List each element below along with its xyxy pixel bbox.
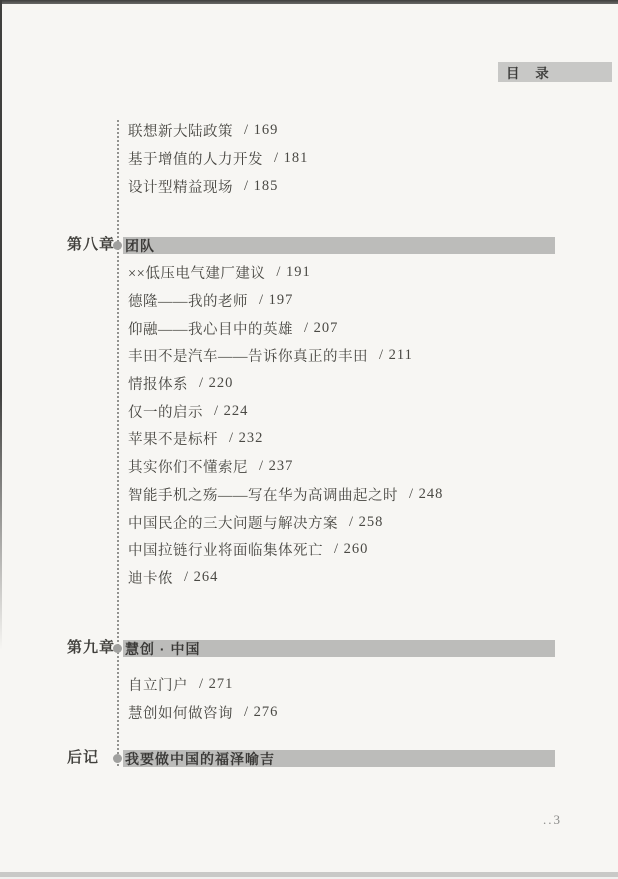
toc-entry: 迪卡侬 / 264: [128, 564, 443, 592]
toc-entry: 慧创如何做咨询 / 276: [128, 699, 278, 727]
chapter-bullet-icon: [113, 241, 122, 250]
chapter-title: 慧创 · 中国: [123, 639, 200, 659]
toc-entry: 中国拉链行业将面临集体死亡 / 260: [128, 536, 443, 564]
entry-title: 中国民企的三大问题与解决方案: [128, 512, 338, 533]
chapter-title: 团队: [123, 236, 155, 256]
entry-page: / 232: [229, 430, 263, 447]
toc-entry: 苹果不是标杆 / 232: [128, 425, 443, 453]
toc-entry: 联想新大陆政策 / 169: [128, 117, 308, 145]
toc-entry: 仅一的启示 / 224: [128, 397, 443, 425]
toc-entry: 其实你们不懂索尼 / 237: [128, 453, 443, 481]
entry-page: / 260: [334, 541, 368, 558]
entry-title: 苹果不是标杆: [128, 428, 218, 449]
entry-title: 迪卡侬: [128, 567, 173, 588]
entry-page: / 276: [244, 704, 278, 721]
entry-title: 慧创如何做咨询: [128, 702, 233, 723]
toc-entry-list-ch9: 自立门户 / 271 慧创如何做咨询 / 276: [128, 671, 278, 726]
entry-page: / 220: [199, 375, 233, 392]
chapter-label: 后记: [67, 749, 99, 767]
scan-edge-left: [0, 0, 2, 650]
entry-page: / 264: [184, 569, 218, 586]
book-toc-page: 目 录 联想新大陆政策 / 169 基于增值的人力开发 / 181 设计型精益现…: [0, 0, 618, 879]
entry-title: 中国拉链行业将面临集体死亡: [128, 539, 323, 560]
entry-title: 情报体系: [128, 373, 188, 394]
entry-title: 基于增值的人力开发: [128, 148, 263, 169]
toc-entry-list-ch8: ××低压电气建厂建议 / 191 德隆——我的老师 / 197 仰融——我心目中…: [128, 259, 443, 591]
entry-title: 联想新大陆政策: [128, 120, 233, 141]
entry-page: / 181: [274, 150, 308, 167]
toc-entry: ××低压电气建厂建议 / 191: [128, 259, 443, 287]
entry-page: / 248: [409, 486, 443, 503]
chapter-title: 我要做中国的福泽喻吉: [123, 749, 275, 769]
entry-page: / 237: [259, 458, 293, 475]
chapter-label: 第八章: [67, 236, 115, 254]
running-head-title: 目 录: [498, 62, 555, 82]
chapter-bullet-icon: [113, 754, 122, 763]
entry-page: / 169: [244, 122, 278, 139]
chapter-9-heading: 第九章 慧创 · 中国: [0, 640, 618, 657]
toc-entry: 仰融——我心目中的英雄 / 207: [128, 314, 443, 342]
entry-page: / 224: [214, 403, 248, 420]
entry-page: / 271: [199, 676, 233, 693]
toc-entry: 基于增值的人力开发 / 181: [128, 145, 308, 173]
toc-entry: 智能手机之殇——写在华为高调曲起之时 / 248: [128, 481, 443, 509]
chapter-title-bar: 团队: [123, 237, 555, 254]
entry-title: 丰田不是汽车——告诉你真正的丰田: [128, 345, 368, 366]
postscript-heading: 后记 我要做中国的福泽喻吉: [0, 750, 618, 767]
entry-title: 德隆——我的老师: [128, 290, 248, 311]
scan-edge-top: [0, 0, 618, 4]
toc-entry: 设计型精益现场 / 185: [128, 172, 308, 200]
toc-entry: 丰田不是汽车——告诉你真正的丰田 / 211: [128, 342, 443, 370]
entry-page: / 197: [259, 292, 293, 309]
toc-entry-list-top: 联想新大陆政策 / 169 基于增值的人力开发 / 181 设计型精益现场 / …: [128, 117, 308, 200]
chapter-title-bar: 我要做中国的福泽喻吉: [123, 750, 555, 767]
chapter-8-heading: 第八章 团队: [0, 237, 618, 254]
entry-title: 其实你们不懂索尼: [128, 456, 248, 477]
entry-title: 设计型精益现场: [128, 176, 233, 197]
entry-title: 自立门户: [128, 674, 188, 695]
page-number: ..3: [543, 812, 562, 828]
toc-entry: 德隆——我的老师 / 197: [128, 287, 443, 315]
toc-entry: 自立门户 / 271: [128, 671, 278, 699]
entry-title: ××低压电气建厂建议: [128, 262, 265, 283]
entry-title: 仅一的启示: [128, 401, 203, 422]
entry-title: 智能手机之殇——写在华为高调曲起之时: [128, 484, 398, 505]
entry-title: 仰融——我心目中的英雄: [128, 318, 293, 339]
entry-page: / 258: [349, 514, 383, 531]
chapter-bullet-icon: [113, 644, 122, 653]
entry-page: / 211: [379, 347, 413, 364]
entry-page: / 191: [276, 264, 310, 281]
chapter-title-bar: 慧创 · 中国: [123, 640, 555, 657]
toc-entry: 中国民企的三大问题与解决方案 / 258: [128, 508, 443, 536]
dotted-spine-line: [117, 120, 119, 766]
running-head: 目 录: [498, 62, 612, 82]
entry-page: / 207: [304, 320, 338, 337]
entry-page: / 185: [244, 178, 278, 195]
toc-entry: 情报体系 / 220: [128, 370, 443, 398]
chapter-label: 第九章: [67, 639, 115, 657]
